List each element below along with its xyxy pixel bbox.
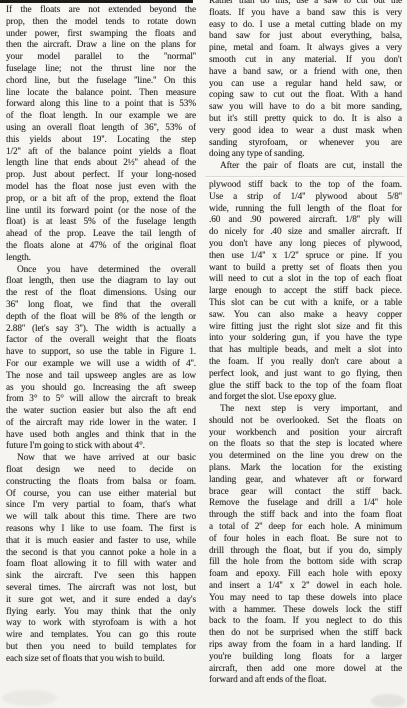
paragraph: If the floats are not extended beyond th… (6, 5, 196, 265)
text-line: Now that we have arrived at our basic (6, 453, 196, 465)
text-line: sanding styrofoam, or whenever you are (209, 138, 402, 150)
text-line: If the floats are not extended beyond th… (6, 5, 196, 17)
text-line: chord line, but the fuselage ''line.'' O… (6, 76, 196, 88)
text-line: the water suction easier but also the af… (6, 406, 196, 418)
text-line: the foam. If you really don't care about… (209, 357, 402, 369)
text-line: you don't have any long pieces of plywoo… (209, 239, 402, 251)
text-line: have used both angles and think that in … (6, 430, 196, 442)
text-line: through the stiff back and into the foam… (209, 510, 402, 522)
text-line: since I'm very partial to foam, that's w… (6, 500, 196, 512)
text-line: of four holes in each float. Be sure not… (209, 534, 402, 546)
text-line: Of course, you can use either material b… (6, 489, 196, 501)
text-line: reasons why I like to use foam. The firs… (6, 524, 196, 536)
text-line: wire and templates. You can go this rout… (6, 630, 196, 642)
text-line: fill the hole from the bottom side with … (209, 557, 402, 569)
text-line: depth of the float will be 8% of the len… (6, 312, 196, 324)
text-line: saw you will have to do a bit more sandi… (209, 102, 402, 114)
text-line: Once you have determined the overall (6, 265, 196, 277)
text-line: sink the aircraft. I've seen this happen (6, 571, 196, 583)
text-line: will need to cut a slot in the top of ea… (209, 274, 402, 286)
text-line: saw. You can also make a heavy copper (209, 310, 402, 322)
text-line: from 3° to 5° will allow the aircraft to… (6, 394, 196, 406)
text-line: 36'' long float, we find that the overal… (6, 300, 196, 312)
text-line: perfect look, and just want to go flying… (209, 369, 402, 381)
text-line: a total of 2'' deep for each hole. A min… (209, 522, 402, 534)
text-line: float length, then use the diagram to la… (6, 276, 196, 288)
text-line: but it's still pretty quick to do. It is… (209, 114, 402, 126)
text-line: The next step is very important, and (209, 404, 402, 416)
text-line: very good idea to wear a dust mask when (209, 126, 402, 138)
text-line: ahead of the prop. Leave the tail length… (6, 229, 196, 241)
text-line: it sure got wet, and it sure ended a day… (6, 595, 196, 607)
text-line: You may need to tap these dowels into pl… (209, 593, 402, 605)
right-text-column: Rather than do this, use a saw to cut ou… (209, 0, 402, 687)
text-line: then use 1/4'' x 1/2'' spruce or pine. I… (209, 251, 402, 263)
scan-smudge-bottom-right (371, 694, 405, 708)
text-line: and insert a 1/4'' x 2'' dowel in each h… (209, 581, 402, 593)
text-line: large enough to accept the stiff back pi… (209, 286, 402, 298)
text-line: doing any type of sanding. (209, 149, 402, 161)
text-line: float design we need to decide on (6, 465, 196, 477)
text-line: and forget the slot. Use epoxy glue. (209, 392, 402, 404)
text-line: into your soldering gun, if you have the… (209, 333, 402, 345)
text-line: glue the stiff back to the top of the fo… (209, 381, 402, 393)
text-line: then do not be surprised when the stiff … (209, 628, 402, 640)
text-line: constructing the floats from balsa or fo… (6, 477, 196, 489)
text-line: Use a strip of 1/4'' plywood about 5/8'' (209, 192, 402, 204)
text-line: you're building long floats for a larger (209, 652, 402, 664)
text-line: brace gear will contact the stiff back. (209, 487, 402, 499)
text-line: but then you need to build templates for (6, 642, 196, 654)
text-line: forward and aft ends of the float. (209, 675, 402, 687)
text-line: several times. The aircraft was not lost… (6, 583, 196, 595)
text-line: coping saw to cut out the float. With a … (209, 90, 402, 102)
text-line: aircraft, then add one more dowel at the (209, 664, 402, 676)
text-line: 1/2'' aft of the balance point yields a … (6, 147, 196, 159)
text-line: wire fitting just the right slot size an… (209, 322, 402, 334)
scanned-article-page: If the floats are not extended beyond th… (0, 0, 407, 708)
text-line: flying early. You may think that the onl… (6, 607, 196, 619)
text-line: the second is that you cannot poke a hol… (6, 548, 196, 560)
paragraph: Now that we have arrived at our basicflo… (6, 453, 196, 665)
text-line: This slot can be cut with a knife, or a … (209, 298, 402, 310)
text-line: of the aircraft may ride lower in the wa… (6, 418, 196, 430)
text-line: prop, or a bit aft of the prop, extend t… (6, 194, 196, 206)
text-line: you determined on the line you drew on t… (209, 451, 402, 463)
text-line: floats. If you have a band saw this is v… (209, 8, 402, 20)
text-line: the floats alone at 47% of the original … (6, 241, 196, 253)
text-line: should not be overlooked. Set the floats… (209, 416, 402, 428)
text-line: on the floats so that the step is locate… (209, 439, 402, 451)
text-line: rips away from the foam in a hard landin… (209, 640, 402, 652)
text-line: do nicely for .40 size and smaller aircr… (209, 227, 402, 239)
text-line: under power, first swamping the floats a… (6, 29, 196, 41)
text-line: fuselage line; not the thrust line nor t… (6, 64, 196, 76)
text-line: 2.88'' (let's say 3''). The width is act… (6, 324, 196, 336)
text-line: landing gear, and whatever aft or forwar… (209, 475, 402, 487)
text-line: foam and epoxy. Fill each hole with epox… (209, 569, 402, 581)
text-line: wide, running the full length of the flo… (209, 204, 402, 216)
text-line: way to work with styrofoam is with a hot (6, 618, 196, 630)
text-line: prop. Just about perfect. If your long-n… (6, 170, 196, 182)
text-line: Remove the fuselage and drill a 1/4'' ho… (209, 498, 402, 510)
text-line: that has multiple beads, and melt a slot… (209, 345, 402, 357)
text-line: After the pair of floats are cut, instal… (209, 161, 402, 173)
text-line: drill through the float, but if you do, … (209, 546, 402, 558)
paragraph: After the pair of floats are cut, instal… (209, 161, 402, 404)
text-line: The nose and tail upsweep angles are as … (6, 371, 196, 383)
text-line: band saw for just about everything, bals… (209, 31, 402, 43)
text-line: using an overall float length of 36'', 5… (6, 123, 196, 135)
text-line: foam float allowing it to fill with wate… (6, 559, 196, 571)
text-line: .60 and .90 powered aircraft. 1/8'' ply … (209, 215, 402, 227)
text-line: float) is at least 5% of the fuselage le… (6, 217, 196, 229)
text-line: forward along this line to a point that … (6, 99, 196, 111)
text-line: back to the foam. If you neglect to do t… (209, 616, 402, 628)
text-line: your model parallel to the ''normal'' (6, 52, 196, 64)
text-line: future I'm going to stick with about 4°. (6, 441, 196, 453)
scan-crease-line (209, 173, 402, 180)
text-line: length. (6, 253, 196, 265)
text-line: that it is much easier and faster to use… (6, 536, 196, 548)
text-line: factor of the overall weight that the fl… (6, 335, 196, 347)
text-line: then the aircraft. Draw a line on the pl… (6, 40, 196, 52)
text-line: as you should go. Increasing the aft swe… (6, 383, 196, 395)
text-line: each size set of floats that you wish to… (6, 654, 196, 666)
paragraph: Rather than do this, use a saw to cut ou… (209, 0, 402, 161)
text-line: easy to do. I use a metal cutting blade … (209, 20, 402, 32)
scan-edge-rule (0, 0, 193, 3)
text-line: you can use a regular hand held saw, or (209, 79, 402, 91)
text-line: line until its forward point (or the nos… (6, 206, 196, 218)
text-line: this yields about 19''. Locating the ste… (6, 135, 196, 147)
text-line: of the float length. In our example we a… (6, 111, 196, 123)
text-line: have to support, so use the table in Fig… (6, 347, 196, 359)
paragraph: The next step is very important, andshou… (209, 404, 402, 687)
text-line: model has the float nose just even with … (6, 182, 196, 194)
text-line: the rest of the float dimensions. Using … (6, 288, 196, 300)
text-line: we will talk about this time. There are … (6, 512, 196, 524)
text-line: line locate the balance point. Then meas… (6, 88, 196, 100)
text-line: your workbench and position your aircraf… (209, 428, 402, 440)
scan-smudge-bottom-left (2, 690, 57, 706)
text-line: plans. Mark the location for the existin… (209, 463, 402, 475)
text-line: Rather than do this, use a saw to cut ou… (209, 0, 402, 8)
paragraph: Once you have determined the overallfloa… (6, 265, 196, 454)
text-line: For our example we will use a width of 4… (6, 359, 196, 371)
text-line: with a hammer. These dowels lock the sti… (209, 605, 402, 617)
text-line: pine, metal and foam. It always gives a … (209, 43, 402, 55)
text-line: want to build a pretty set of floats the… (209, 263, 402, 275)
text-line: prop, then the model tends to rotate dow… (6, 17, 196, 29)
text-line: length line that ends about 2½'' ahead o… (6, 158, 196, 170)
text-line: have a band saw, or a friend with one, t… (209, 67, 402, 79)
left-text-column: If the floats are not extended beyond th… (6, 5, 196, 666)
text-line: smooth cut in any material. If you don't (209, 55, 402, 67)
text-line: plywood stiff back to the top of the foa… (209, 180, 402, 192)
